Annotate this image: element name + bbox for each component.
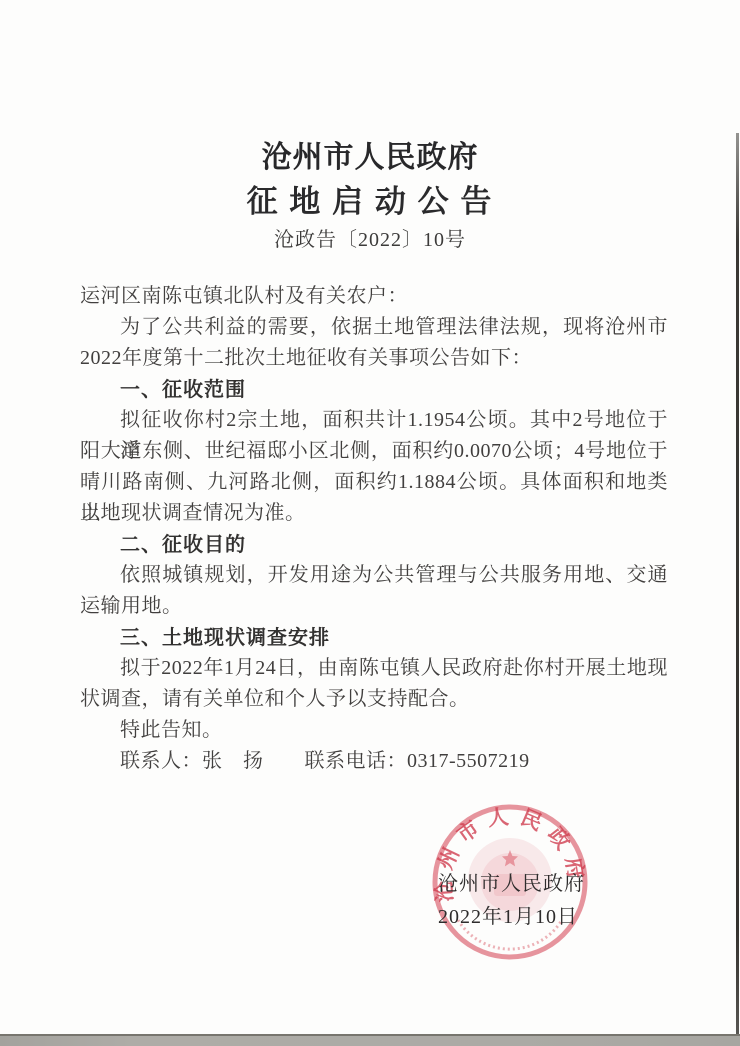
body-line: 土地现状调查情况为准。 xyxy=(80,498,668,529)
section-heading: 一、征收范围 xyxy=(80,374,668,405)
body-line: 运河区南陈屯镇北队村及有关农户： xyxy=(80,281,668,312)
body-line: 状调查，请有关单位和个人予以支持配合。 xyxy=(80,684,668,715)
scan-bottom-edge-shadow xyxy=(0,1034,740,1046)
document-title: 征 地 启 动 公 告 xyxy=(0,183,740,221)
body-line: 阳大道东侧、世纪福邸小区北侧，面积约0.0070公顷；4号地位于 xyxy=(80,436,668,467)
signature-block: 沧州市人民政府 2022年1月10日 xyxy=(438,868,585,934)
body-line: 联系人：张 扬 联系电话：0317-5507219 xyxy=(80,746,668,777)
body-line: 运输用地。 xyxy=(80,591,668,622)
section-heading: 三、土地现状调查安排 xyxy=(80,622,668,653)
signature-authority: 沧州市人民政府 xyxy=(438,868,585,901)
body-line: 拟征收你村2宗土地，面积共计1.1954公顷。其中2号地位于浮 xyxy=(80,405,668,436)
section-heading: 二、征收目的 xyxy=(80,529,668,560)
body-line: 拟于2022年1月24日，由南陈屯镇人民政府赴你村开展土地现 xyxy=(80,653,668,684)
issuing-authority-title: 沧州市人民政府 xyxy=(0,140,740,176)
body-text: 运河区南陈屯镇北队村及有关农户：为了公共利益的需要，依据土地管理法律法规，现将沧… xyxy=(80,281,668,777)
scanned-document-page: 沧州市人民政府 征 地 启 动 公 告 沧政告〔2022〕10号 运河区南陈屯镇… xyxy=(0,0,740,1046)
signature-date: 2022年1月10日 xyxy=(438,901,585,934)
body-line: 特此告知。 xyxy=(80,715,668,746)
body-line: 为了公共利益的需要，依据土地管理法律法规，现将沧州市 xyxy=(80,312,668,343)
body-line: 2022年度第十二批次土地征收有关事项公告如下： xyxy=(80,343,668,374)
body-line: 晴川路南侧、九河路北侧，面积约1.1884公顷。具体面积和地类以 xyxy=(80,467,668,498)
body-line: 依照城镇规划，开发用途为公共管理与公共服务用地、交通 xyxy=(80,560,668,591)
document-number: 沧政告〔2022〕10号 xyxy=(0,227,740,253)
scan-right-edge-shadow xyxy=(736,133,739,1036)
